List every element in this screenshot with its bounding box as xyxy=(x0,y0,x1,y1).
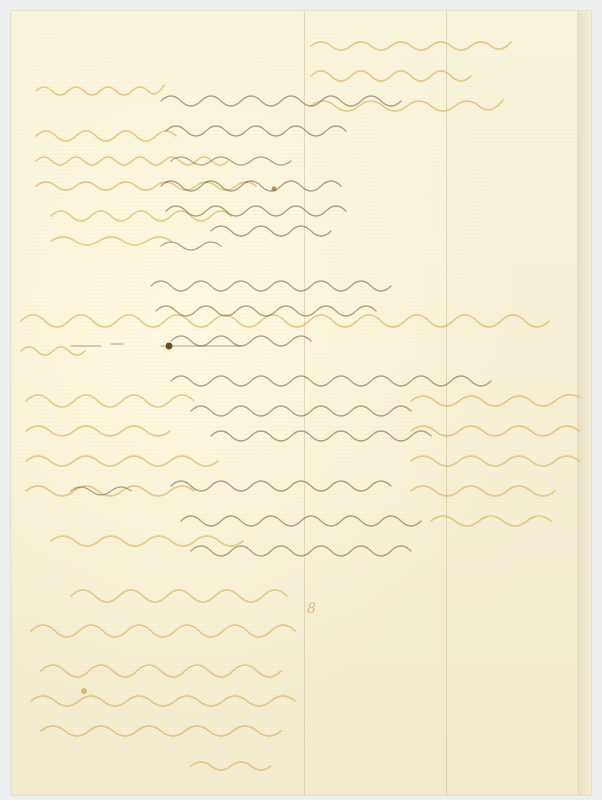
page-mark: 8 xyxy=(307,601,316,617)
bleed-through-ink xyxy=(11,11,591,795)
manuscript-page: 8 xyxy=(11,11,591,795)
ink-blot xyxy=(166,343,173,350)
